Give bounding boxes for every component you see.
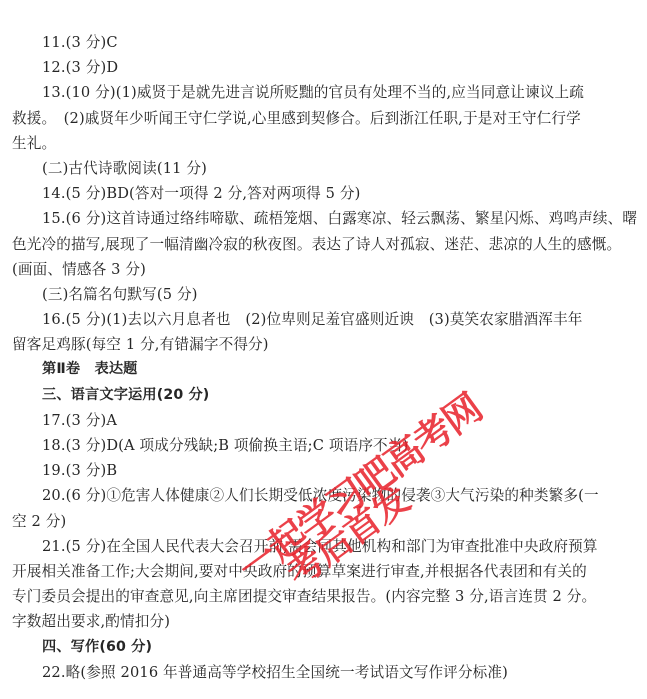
answer-11: 11.(3 分)C [12,30,620,55]
answer-15-part3: (画面、情感各 3 分) [12,257,620,282]
section-language-heading: 三、语言文字运用(20 分) [12,383,620,408]
answer-15-part2: 色光冷的描写,展现了一幅清幽冷寂的秋夜图。表达了诗人对孤寂、迷茫、悲凉的人生的感… [12,232,620,257]
answer-19: 19.(3 分)B [12,458,620,483]
section-writing-heading: 四、写作(60 分) [12,635,620,660]
volume-2-heading: 第Ⅱ卷 表达题 [12,357,620,382]
answer-key-document: 11.(3 分)C 12.(3 分)D 13.(10 分)(1)威贤于是就先进言… [12,30,620,685]
answer-17: 17.(3 分)A [12,408,620,433]
answer-16-part1: 16.(5 分)(1)去以六月息者也 (2)位卑则足羞官盛则近谀 (3)莫笑农家… [12,307,620,332]
answer-13-part3: 生礼。 [12,131,620,156]
answer-13-part1: 13.(10 分)(1)威贤于是就先进言说所贬黜的官员有处理不当的,应当同意让谏… [12,80,620,105]
answer-13-part2: 救援。 (2)戚贤年少听闻王守仁学说,心里感到契修合。后到浙江任职,于是对王守仁… [12,106,620,131]
answer-21-part1: 21.(5 分)在全国人民代表大会召开前,需会同其他机构和部门为审查批准中央政府… [12,534,620,559]
answer-22: 22.略(参照 2016 年普通高等学校招生全国统一考试语文写作评分标准) [12,660,620,685]
answer-15-part1: 15.(6 分)这首诗通过络纬啼歇、疏梧笼烟、白露寒凉、轻云飘荡、繁星闪烁、鸡鸣… [12,206,620,231]
answer-20-part2: 空 2 分) [12,509,620,534]
answer-21-part2: 开展相关准备工作;大会期间,要对中央政府的预算草案进行审查,并根据各代表团和有关… [12,559,620,584]
answer-12: 12.(3 分)D [12,55,620,80]
answer-16-part2: 留客足鸡豚(每空 1 分,有错漏字不得分) [12,332,620,357]
answer-20-part1: 20.(6 分)①危害人体健康②人们长期受低浓度污染物的侵袭③大气污染的种类繁多… [12,483,620,508]
answer-21-part3: 专门委员会提出的审查意见,向主席团提交审查结果报告。(内容完整 3 分,语言连贯… [12,584,620,609]
answer-14: 14.(5 分)BD(答对一项得 2 分,答对两项得 5 分) [12,181,620,206]
answer-21-part4: 字数超出要求,酌情扣分) [12,609,620,634]
section-dictation-heading: (三)名篇名句默写(5 分) [12,282,620,307]
section-poetry-heading: (二)古代诗歌阅读(11 分) [12,156,620,181]
answer-18: 18.(3 分)D(A 项成分残缺;B 项偷换主语;C 项语序不当) [12,433,620,458]
